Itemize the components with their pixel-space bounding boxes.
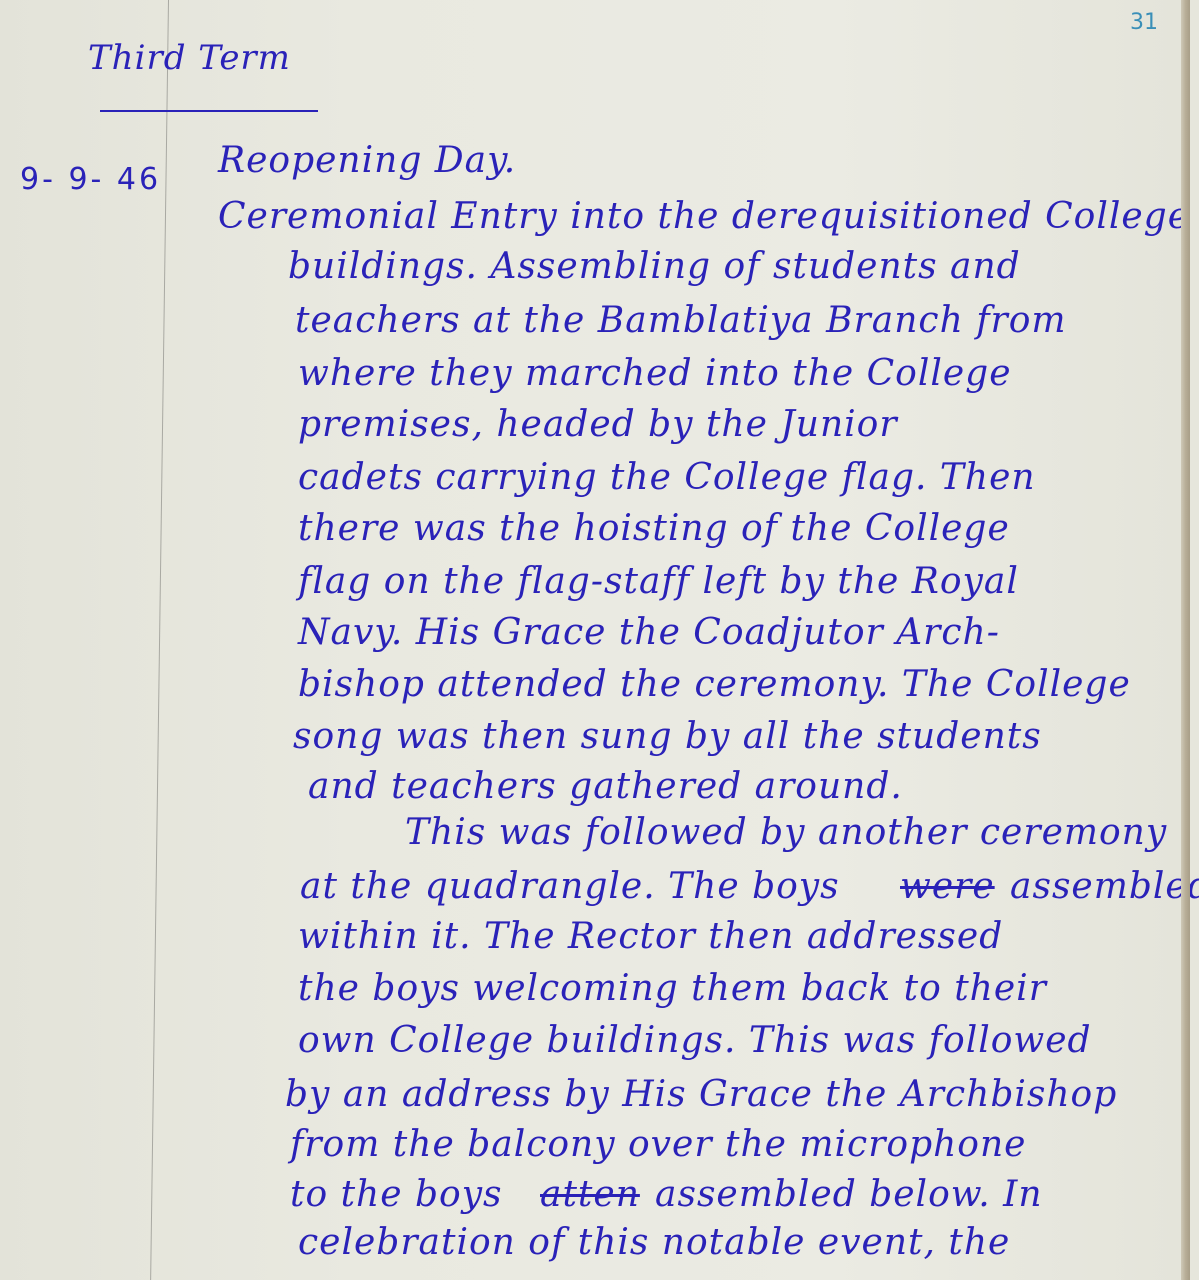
page-heading: Third Term (88, 38, 291, 78)
text-line: by an address by His Grace the Archbisho… (285, 1074, 1117, 1115)
text-line: assembled (1010, 866, 1199, 907)
text-line: from the balcony over the microphone (290, 1124, 1026, 1165)
text-line: Ceremonial Entry into the derequisitione… (218, 196, 1190, 237)
text-line: and teachers gathered around. (308, 766, 903, 807)
text-line: celebration of this notable event, the (298, 1222, 1010, 1263)
text-line: flag on the flag-staff left by the Royal (298, 561, 1019, 602)
text-line: premises, headed by the Junior (298, 404, 898, 445)
text-line: there was the hoisting of the College (298, 508, 1010, 549)
text-line: within it. The Rector then addressed (298, 916, 1003, 957)
text-line: at the quadrangle. The boys (300, 866, 840, 907)
page-number: 31 (1130, 10, 1158, 35)
page-edge (1181, 0, 1190, 1280)
text-line: This was followed by another ceremony (405, 812, 1167, 853)
struck-word: atten (540, 1174, 640, 1215)
notebook-page: 31 Third Term 9- 9- 46 Reopening Day.Cer… (0, 0, 1190, 1280)
text-line: song was then sung by all the students (293, 716, 1042, 757)
text-line: cadets carrying the College flag. Then (298, 457, 1036, 498)
struck-word: were (900, 866, 995, 907)
text-line: buildings. Assembling of students and (288, 246, 1021, 287)
text-line: own College buildings. This was followed (298, 1020, 1092, 1061)
text-line: where they marched into the College (298, 353, 1012, 394)
text-line: assembled below. In (655, 1174, 1043, 1215)
text-line: the boys welcoming them back to their (298, 968, 1047, 1009)
entry-date: 9- 9- 46 (20, 162, 161, 197)
text-line: Navy. His Grace the Coadjutor Arch- (298, 612, 1000, 653)
text-line: teachers at the Bamblatiya Branch from (295, 300, 1067, 341)
text-line: Reopening Day. (218, 140, 516, 181)
heading-underline (100, 110, 318, 112)
text-line: bishop attended the ceremony. The Colleg… (298, 664, 1131, 705)
text-line: to the boys (290, 1174, 503, 1215)
